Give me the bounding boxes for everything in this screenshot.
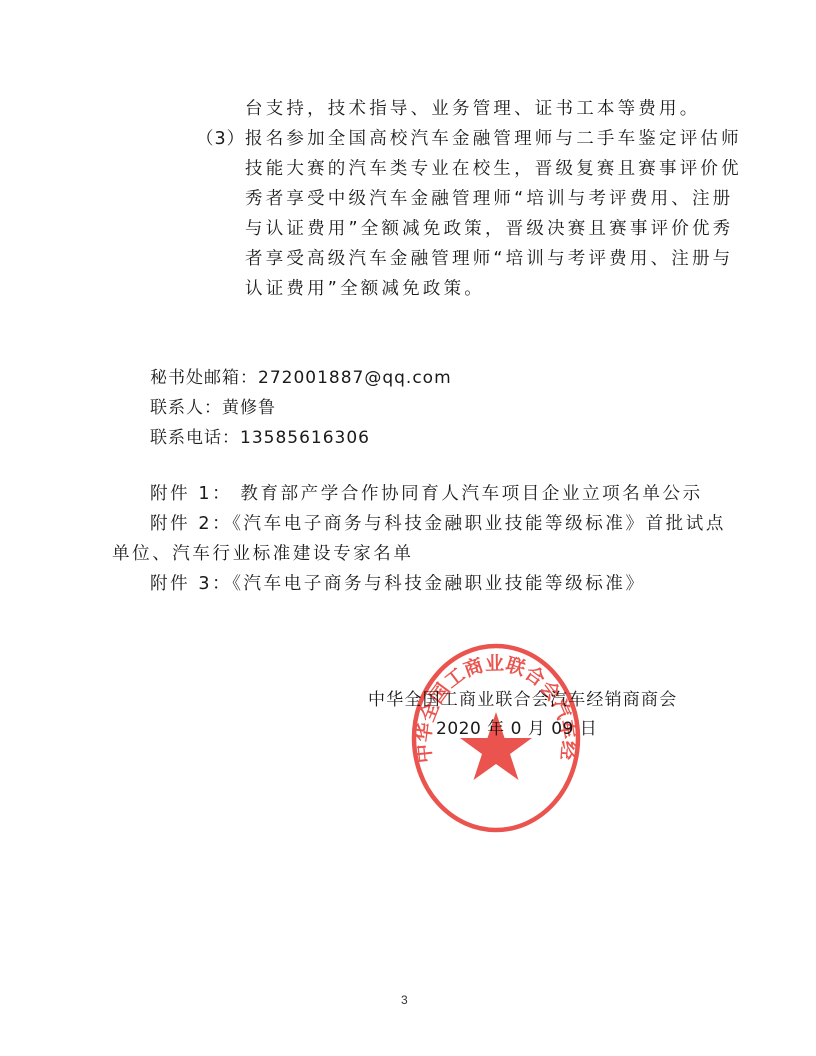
signature-date: 2020 年 0 月 09 日 <box>436 718 597 740</box>
contact-person-row: 联系人：黄修鲁 <box>150 397 276 419</box>
attachment-2-label: 附件 2： <box>150 514 232 534</box>
list-number: （3） <box>196 128 245 150</box>
email-label: 秘书处邮箱： <box>150 368 258 388</box>
attachment-2-title: 《汽车电子商务与科技金融职业技能等级标准》首批试点 <box>232 514 726 534</box>
contact-phone-row: 联系电话：13585616306 <box>150 427 370 449</box>
attachment-1-title: 教育部产学合作协同育人汽车项目企业立项名单公示 <box>240 484 702 504</box>
item3-line-4: 与认证费用”全额减免政策，晋级决赛且赛事评价优秀 <box>245 218 733 240</box>
item3-line-2: 技能大赛的汽车类专业在校生，晋级复赛且赛事评价优 <box>245 158 742 180</box>
phone-number: 13585616306 <box>240 428 370 448</box>
signature-org: 中华全国工商业联合会汽车经销商商会 <box>368 689 677 711</box>
person-name: 黄修鲁 <box>222 398 276 418</box>
phone-label: 联系电话： <box>150 428 240 448</box>
item3-line-6: 认证费用”全额减免政策。 <box>245 278 485 300</box>
page-number: 3 <box>401 993 408 1007</box>
attachment-2: 附件 2：《汽车电子商务与科技金融职业技能等级标准》首批试点 <box>150 513 726 535</box>
contact-email-row: 秘书处邮箱：272001887@qq.com <box>150 367 452 389</box>
item3-line-3: 秀者享受中级汽车金融管理师“培训与考评费用、注册 <box>245 188 733 210</box>
attachment-3-title: 《汽车电子商务与科技金融职业技能等级标准》 <box>232 574 645 594</box>
person-label: 联系人： <box>150 398 222 418</box>
attachment-1: 附件 1： 教育部产学合作协同育人汽车项目企业立项名单公示 <box>150 483 703 505</box>
attachment-1-label: 附件 1： <box>150 484 232 504</box>
item3-prev-line: 台支持，技术指导、业务管理、证书工本等费用。 <box>245 98 700 120</box>
attachment-2-wrap: 单位、汽车行业标准建设专家名单 <box>112 543 414 565</box>
item3-line-5: 者享受高级汽车金融管理师“培训与考评费用、注册与 <box>245 248 733 270</box>
attachment-3-label: 附件 3： <box>150 574 232 594</box>
email-link[interactable]: 272001887@qq.com <box>258 368 452 388</box>
item3-line-1: 报名参加全国高校汽车金融管理师与二手车鉴定评估师 <box>245 128 742 150</box>
attachment-3: 附件 3：《汽车电子商务与科技金融职业技能等级标准》 <box>150 573 646 595</box>
